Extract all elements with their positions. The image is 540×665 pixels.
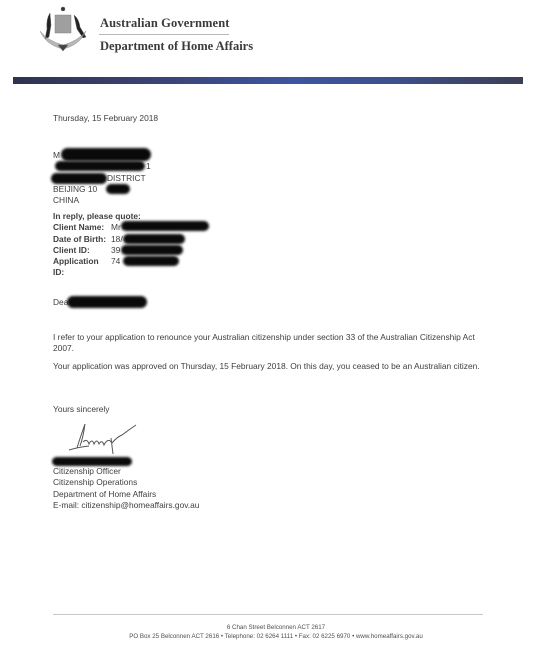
salutation: Dea — [53, 297, 68, 308]
signoff-department: Department of Home Affairs — [53, 489, 199, 500]
closing: Yours sincerely — [53, 404, 109, 415]
redaction — [61, 148, 151, 161]
redaction — [121, 245, 183, 255]
client-name-value: Mr — [111, 222, 121, 233]
coat-of-arms-icon — [32, 5, 94, 55]
redaction — [51, 173, 107, 184]
letter-date: Thursday, 15 February 2018 — [53, 113, 158, 124]
signoff-email: E-mail: citizenship@homeaffairs.gov.au — [53, 500, 199, 511]
client-id-value: 39 — [111, 245, 120, 256]
department-title: Department of Home Affairs — [100, 39, 253, 54]
application-id-value: 74 — [111, 256, 120, 279]
footer-contact-details: PO Box 25 Belconnen ACT 2616 • Telephone… — [6, 633, 540, 640]
redaction — [67, 296, 147, 308]
address-line-2: 1 — [146, 161, 151, 172]
body-paragraph: Your application was approved on Thursda… — [53, 361, 493, 372]
header-divider — [99, 34, 229, 35]
redaction — [106, 184, 130, 194]
footer-divider — [53, 614, 483, 615]
recipient-address: M 1 DISTRICT BEIJING 10 CHINA — [53, 150, 97, 206]
address-line-4: BEIJING 10 — [53, 184, 97, 194]
reference-row: Date of Birth: 18/ — [53, 234, 141, 245]
reference-row: Client ID: 39 — [53, 245, 141, 256]
signature-icon — [67, 420, 152, 460]
government-title: Australian Government — [100, 16, 230, 31]
client-name-label: Client Name: — [53, 222, 111, 233]
signoff-block: Citizenship Officer Citizenship Operatio… — [53, 466, 199, 511]
body-paragraph: I refer to your application to renounce … — [53, 332, 493, 355]
redaction — [52, 457, 132, 466]
address-line-5: CHINA — [53, 195, 97, 206]
redaction — [123, 256, 179, 266]
application-id-label: Application ID: — [53, 256, 111, 279]
reference-row: Application ID: 74 — [53, 256, 141, 279]
redaction — [123, 234, 185, 244]
address-line-1: M — [53, 150, 60, 160]
dob-value: 18/ — [111, 234, 123, 245]
client-id-label: Client ID: — [53, 245, 111, 256]
reference-block: In reply, please quote: Client Name: Mr … — [53, 211, 141, 279]
dob-label: Date of Birth: — [53, 234, 111, 245]
redaction — [55, 161, 145, 171]
signoff-unit: Citizenship Operations — [53, 477, 199, 488]
reference-row: Client Name: Mr — [53, 222, 141, 233]
footer-street-address: 6 Chan Street Belconnen ACT 2617 — [6, 624, 540, 631]
header-bar — [13, 77, 523, 84]
redaction — [121, 221, 209, 231]
address-line-3: DISTRICT — [107, 173, 146, 184]
signoff-title: Citizenship Officer — [53, 466, 199, 477]
